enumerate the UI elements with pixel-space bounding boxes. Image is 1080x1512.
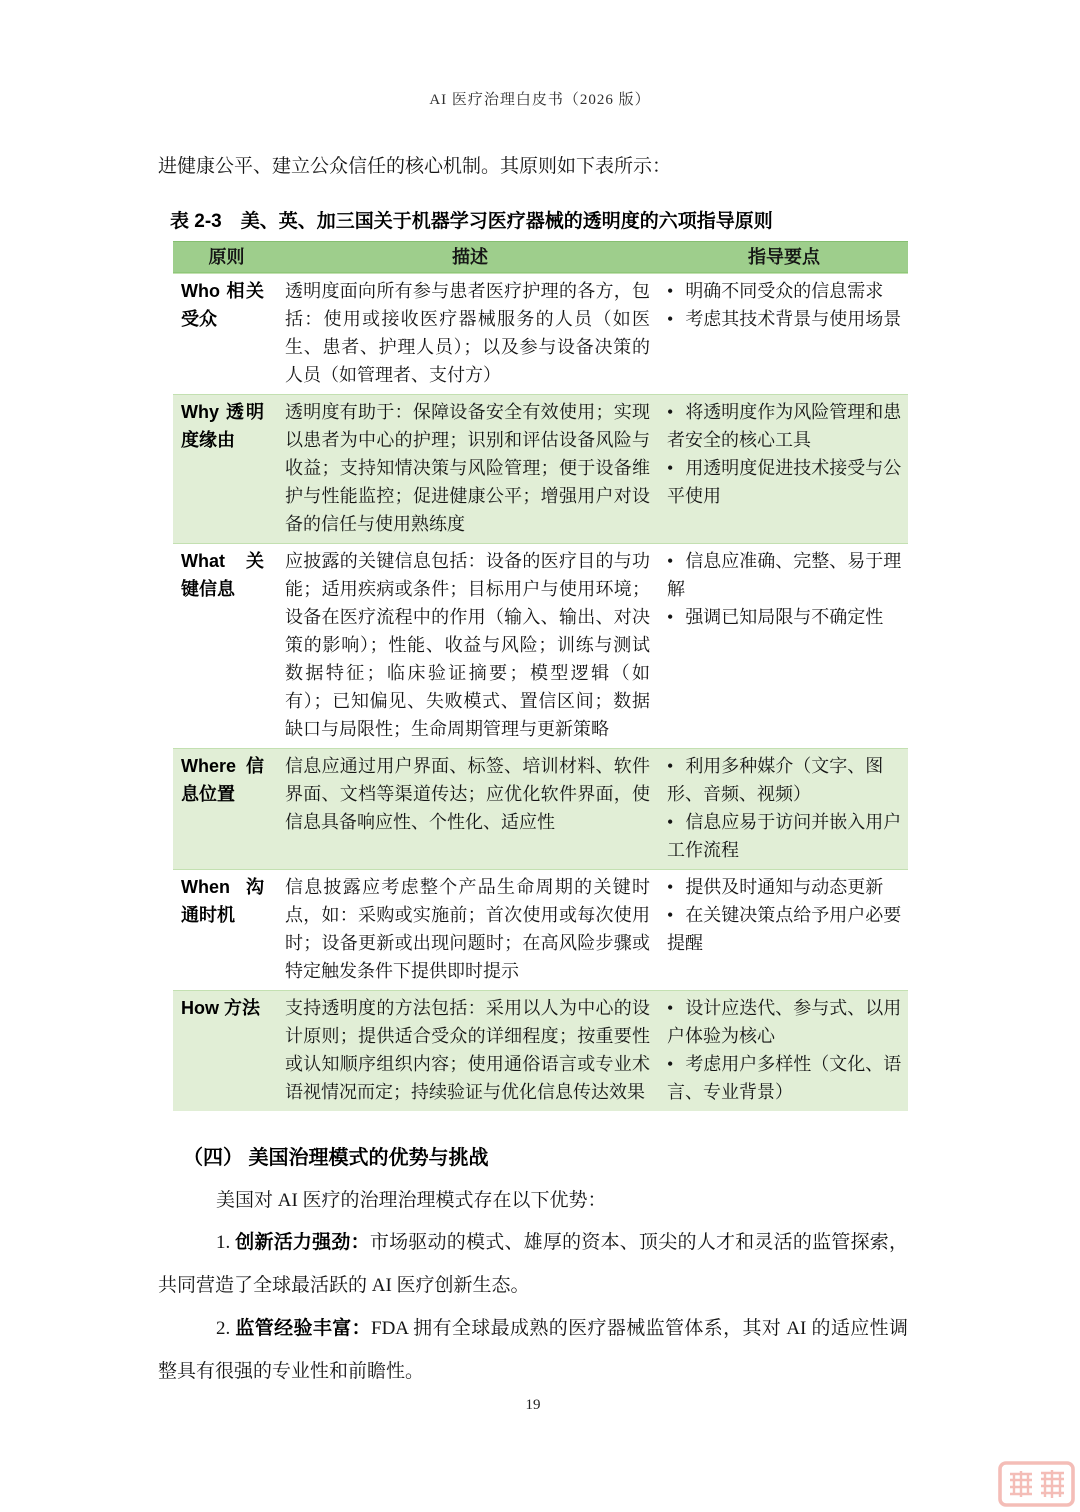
points-cell: 利用多种媒介（文字、图形、音频、视频） 信息应易于访问并嵌入用户工作流程 xyxy=(660,749,908,869)
table-row-when: When 沟通时机 信息披露应考虑整个产品生命周期的关键时点，如：采购或实施前；… xyxy=(173,869,908,990)
point-item: 明确不同受众的信息需求 xyxy=(667,277,904,305)
page-number: 19 xyxy=(158,1397,908,1414)
table-row-how: How 方法 支持透明度的方法包括：采用以人为中心的设计原则；提供适合受众的详细… xyxy=(173,990,908,1111)
points-cell: 设计应迭代、参与式、以用户体验为核心 考虑用户多样性（文化、语言、专业背景） xyxy=(660,991,908,1111)
points-cell: 信息应准确、完整、易于理解 强调已知局限与不确定性 xyxy=(660,544,908,748)
table-row-who: Who 相关受众 透明度面向所有参与患者医疗护理的各方，包括：使用或接收医疗器械… xyxy=(173,273,908,394)
description-cell: 应披露的关键信息包括：设备的医疗目的与功能；适用疾病或条件；目标用户与使用环境；… xyxy=(280,544,660,748)
watermark-seal-icon xyxy=(998,1461,1075,1507)
point-item: 考虑用户多样性（文化、语言、专业背景） xyxy=(667,1050,904,1106)
principle-cell: How 方法 xyxy=(173,991,280,1111)
point-item: 强调已知局限与不确定性 xyxy=(667,603,904,631)
description-cell: 透明度有助于：保障设备安全有效使用；实现以患者为中心的护理；识别和评估设备风险与… xyxy=(280,395,660,543)
principle-cell: Where 信息位置 xyxy=(173,749,280,869)
advantage-paragraph-2: 2. 监管经验丰富：FDA 拥有全球最成熟的医疗器械监管体系，其对 AI 的适应… xyxy=(158,1308,908,1394)
column-header-principle: 原则 xyxy=(173,242,280,272)
advantage-number: 1. xyxy=(216,1232,235,1253)
document-page: AI 医疗治理白皮书（2026 版） 进健康公平、建立公众信任的核心机制。其原则… xyxy=(0,0,1080,1512)
points-cell: 将透明度作为风险管理和患者安全的核心工具 用透明度促进技术接受与公平使用 xyxy=(660,395,908,543)
points-cell: 提供及时通知与动态更新 在关键决策点给予用户必要提醒 xyxy=(660,870,908,990)
table-row-what: What 关键信息 应披露的关键信息包括：设备的医疗目的与功能；适用疾病或条件；… xyxy=(173,543,908,748)
table-caption: 表 2-3 美、英、加三国关于机器学习医疗器械的透明度的六项指导原则 xyxy=(170,206,908,233)
transparency-principles-table: 原则 描述 指导要点 Who 相关受众 透明度面向所有参与患者医疗护理的各方，包… xyxy=(173,241,908,1111)
table-header-row: 原则 描述 指导要点 xyxy=(173,241,908,273)
advantage-paragraph-1: 1. 创新活力强劲：市场驱动的模式、雄厚的资本、顶尖的人才和灵活的监管探索，共同… xyxy=(158,1222,908,1308)
advantage-title: 监管经验丰富： xyxy=(235,1318,371,1339)
advantage-number: 2. xyxy=(216,1318,235,1339)
point-item: 利用多种媒介（文字、图形、音频、视频） xyxy=(667,752,904,808)
points-cell: 明确不同受众的信息需求 考虑其技术背景与使用场景 xyxy=(660,274,908,394)
principle-cell: When 沟通时机 xyxy=(173,870,280,990)
description-cell: 信息应通过用户界面、标签、培训材料、软件界面、文档等渠道传达；应优化软件界面，使… xyxy=(280,749,660,869)
point-item: 信息应易于访问并嵌入用户工作流程 xyxy=(667,808,904,864)
description-cell: 信息披露应考虑整个产品生命周期的关键时点，如：采购或实施前；首次使用或每次使用时… xyxy=(280,870,660,990)
page-content: 进健康公平、建立公众信任的核心机制。其原则如下表所示： 表 2-3 美、英、加三… xyxy=(158,153,908,1414)
principle-cell: Why 透明度缘由 xyxy=(173,395,280,543)
table-row-why: Why 透明度缘由 透明度有助于：保障设备安全有效使用；实现以患者为中心的护理；… xyxy=(173,394,908,543)
intro-paragraph: 进健康公平、建立公众信任的核心机制。其原则如下表所示： xyxy=(158,153,908,181)
section-lead-paragraph: 美国对 AI 医疗的治理治理模式存在以下优势： xyxy=(158,1180,908,1223)
column-header-description: 描述 xyxy=(280,242,660,272)
advantage-title: 创新活力强劲： xyxy=(235,1232,370,1253)
point-item: 将透明度作为风险管理和患者安全的核心工具 xyxy=(667,398,904,454)
description-cell: 支持透明度的方法包括：采用以人为中心的设计原则；提供适合受众的详细程度；按重要性… xyxy=(280,991,660,1111)
section-heading: （四） 美国治理模式的优势与挑战 xyxy=(183,1141,908,1170)
running-header: AI 医疗治理白皮书（2026 版） xyxy=(0,0,1080,109)
principle-cell: Who 相关受众 xyxy=(173,274,280,394)
point-item: 提供及时通知与动态更新 xyxy=(667,873,904,901)
column-header-points: 指导要点 xyxy=(660,242,908,272)
description-cell: 透明度面向所有参与患者医疗护理的各方，包括：使用或接收医疗器械服务的人员（如医生… xyxy=(280,274,660,394)
point-item: 考虑其技术背景与使用场景 xyxy=(667,305,904,333)
principle-cell: What 关键信息 xyxy=(173,544,280,748)
point-item: 在关键决策点给予用户必要提醒 xyxy=(667,901,904,957)
table-row-where: Where 信息位置 信息应通过用户界面、标签、培训材料、软件界面、文档等渠道传… xyxy=(173,748,908,869)
point-item: 设计应迭代、参与式、以用户体验为核心 xyxy=(667,994,904,1050)
point-item: 用透明度促进技术接受与公平使用 xyxy=(667,454,904,510)
point-item: 信息应准确、完整、易于理解 xyxy=(667,547,904,603)
